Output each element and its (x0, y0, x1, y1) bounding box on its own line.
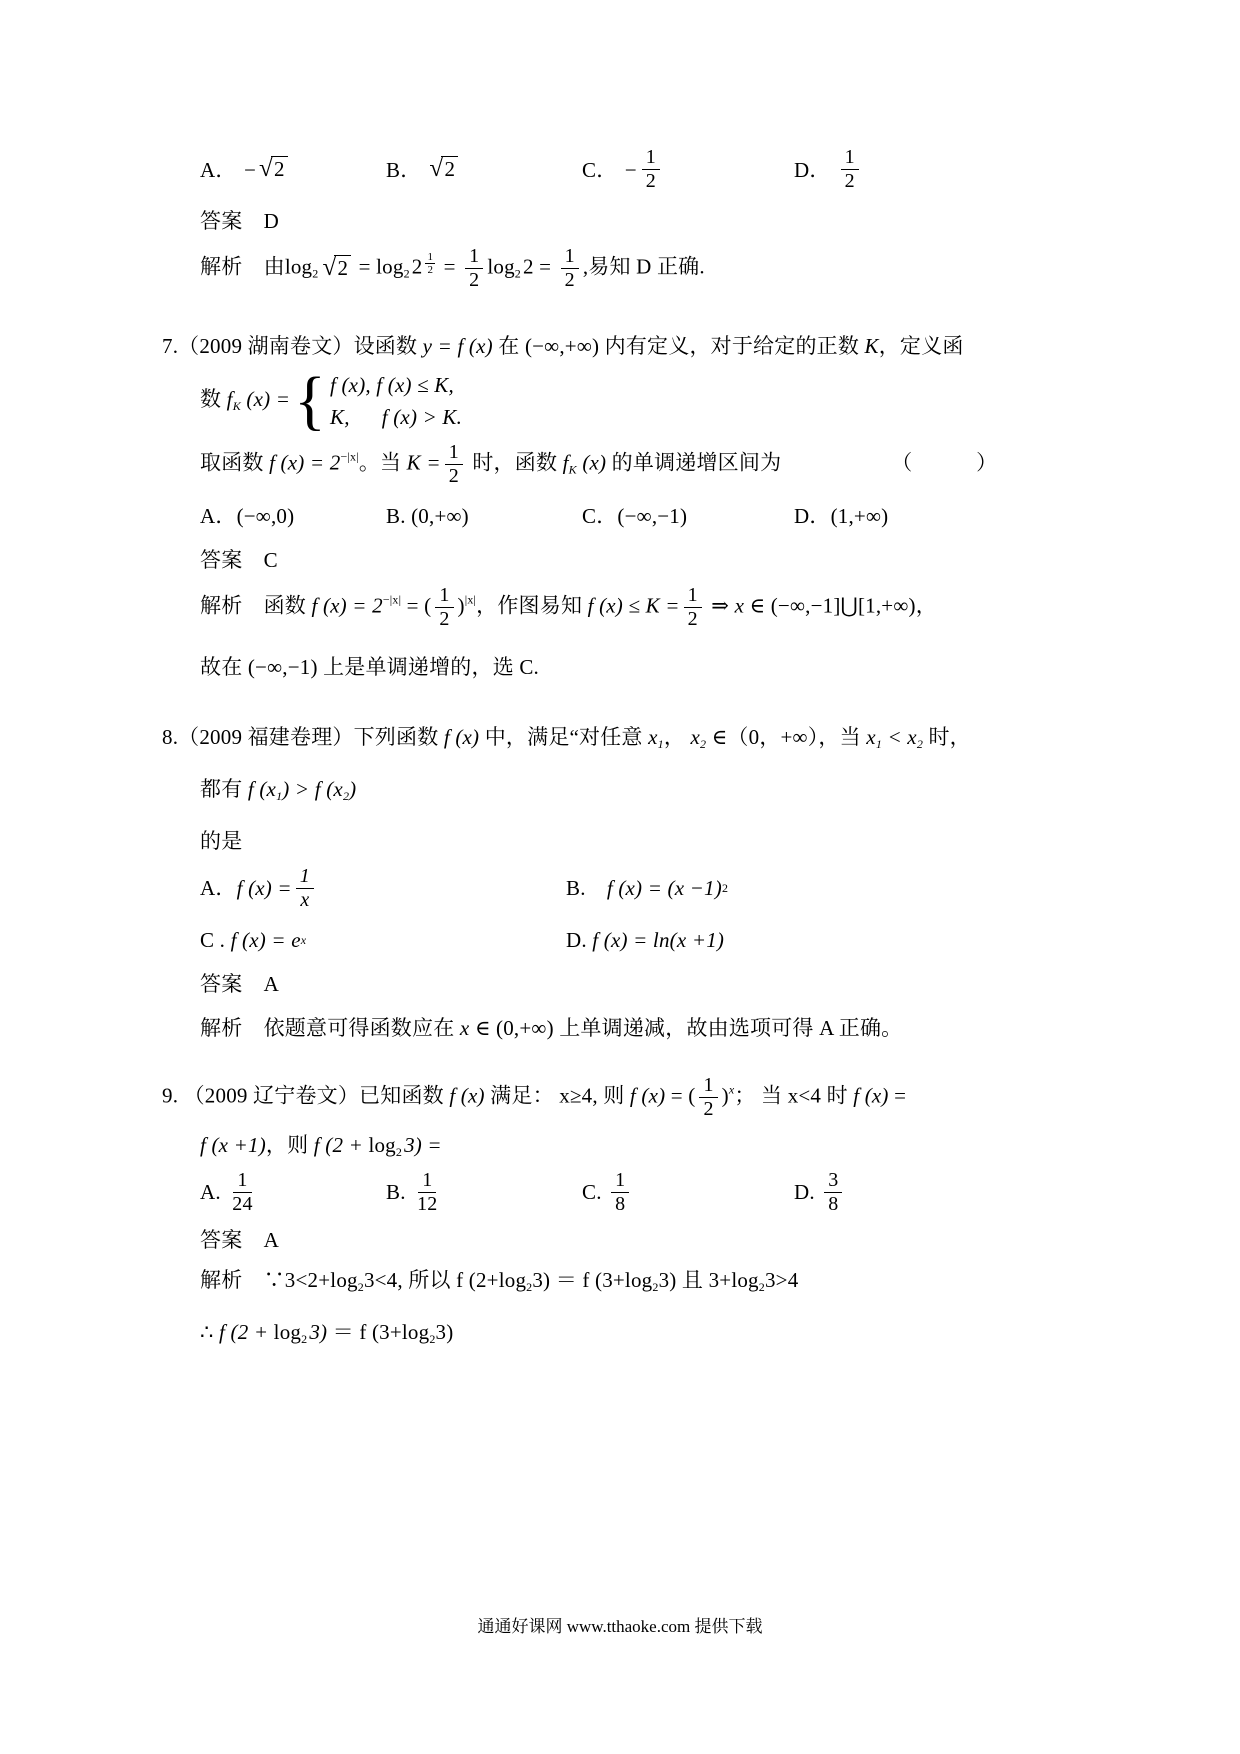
math-fraction: 124 (230, 1169, 254, 1216)
math-fraction: 12 (465, 245, 483, 292)
analysis-q6: 解析 由log2√2 = log2212 = 12log22 = 12,易知 D… (200, 245, 1240, 292)
page-footer: 通通好课网 www.tthaoke.com 提供下载 (0, 1612, 1240, 1637)
question-7: 7.（2009 湖南卷文）设函数 y = f (x) 在 (−∞,+∞) 内有定… (162, 330, 1240, 362)
answer-q6: 答案 D (200, 205, 1240, 237)
analysis-q7: 解析 函数 f (x) = 2−|x| = (12)|x|，作图易知 f (x)… (200, 584, 1240, 631)
question-8: 8.（2009 福建卷理）下列函数 f (x) 中，满足“对任意 x1， x2 … (162, 721, 1240, 753)
option-cell: D. 38 (794, 1169, 846, 1216)
option-cell: A. 124 (200, 1169, 386, 1216)
q7-piecewise: 数 fK (x) ={f (x), f (x) ≤ K,K, f (x) > K… (200, 370, 1240, 433)
math-fraction: 18 (611, 1169, 629, 1216)
math-fraction: 12 (435, 584, 453, 631)
analysis-q9-line2: ∴ f (2 + log23) ＝ f (3+log23) (200, 1316, 1240, 1348)
option-cell: B. (0,+∞) (386, 500, 582, 532)
math-sqrt: √2 (429, 156, 458, 182)
option-cell: A．−√2 (200, 154, 386, 186)
option-cell: D. f (x) = ln(x +1) (566, 924, 724, 956)
option-cell: C．(−∞,−1) (582, 500, 794, 532)
document-page: A．−√2B．√2C．−12D．12答案 D解析 由log2√2 = log22… (0, 0, 1240, 1754)
math-fraction: 12 (642, 146, 660, 193)
math-sqrt: √2 (322, 255, 351, 281)
question-9: 9. （2009 辽宁卷文）已知函数 f (x) 满足： x≥4, 则 f (x… (162, 1074, 1240, 1121)
answer-q9: 答案 A (200, 1224, 1240, 1256)
options-row-q8-cd: C . f (x) = exD. f (x) = ln(x +1) (200, 924, 1240, 956)
q8-body2: 的是 (200, 825, 1240, 857)
answer-q7: 答案 C (200, 544, 1240, 576)
math-fraction: 1x (296, 865, 314, 912)
option-cell: D．(1,+∞) (794, 500, 888, 532)
math-fraction: 12 (699, 1074, 717, 1121)
option-cell: C . f (x) = ex (200, 924, 566, 956)
option-cell: A．f (x) =1x (200, 865, 566, 912)
option-cell: C．−12 (582, 146, 794, 193)
option-cell: B．√2 (386, 154, 582, 186)
footer-text: 通通好课网 www.tthaoke.com 提供下载 (477, 1617, 762, 1636)
analysis-q8: 解析 依题意可得函数应在 x ∈ (0,+∞) 上单调递减，故由选项可得 A 正… (200, 1012, 1240, 1044)
option-cell: B. 112 (386, 1169, 582, 1216)
math-piecewise: {f (x), f (x) ≤ K,K, f (x) > K. (294, 370, 462, 433)
answer-q8: 答案 A (200, 968, 1240, 1000)
math-fraction: 38 (824, 1169, 842, 1216)
analysis-q7-line2: 故在 (−∞,−1) 上是单调递增的，选 C. (200, 651, 1240, 683)
document-content: A．−√2B．√2C．−12D．12答案 D解析 由log2√2 = log22… (0, 0, 1240, 1348)
analysis-q9: 解析 ∵3<2+log23<4, 所以 f (2+log23) ＝ f (3+l… (200, 1264, 1240, 1296)
math-fraction: 12 (425, 251, 435, 276)
options-row-q7: A．(−∞,0)B. (0,+∞)C．(−∞,−1)D．(1,+∞) (200, 500, 1240, 532)
math-fraction: 12 (684, 584, 702, 631)
q8-body: 都有 f (x1) > f (x2) (200, 773, 1240, 805)
math-fraction: 12 (561, 245, 579, 292)
q9-body: f (x +1)，则 f (2 + log23) = (200, 1129, 1240, 1161)
option-cell: D．12 (794, 146, 863, 193)
option-cell: C. 18 (582, 1169, 794, 1216)
options-row-q9: A. 124B. 112C. 18D. 38 (200, 1169, 1240, 1216)
options-row-q6: A．−√2B．√2C．−12D．12 (200, 146, 1240, 193)
q7-body: 取函数 f (x) = 2−|x|。当 K =12 时，函数 fK (x) 的单… (200, 441, 1240, 488)
options-row-q8-ab: A．f (x) =1xB. f (x) = (x −1)2 (200, 865, 1240, 912)
math-fraction: 112 (415, 1169, 439, 1216)
option-cell: A．(−∞,0) (200, 500, 386, 532)
math-sqrt: √2 (259, 156, 288, 182)
math-fraction: 12 (445, 441, 463, 488)
math-fraction: 12 (841, 146, 859, 193)
option-cell: B. f (x) = (x −1)2 (566, 872, 728, 904)
